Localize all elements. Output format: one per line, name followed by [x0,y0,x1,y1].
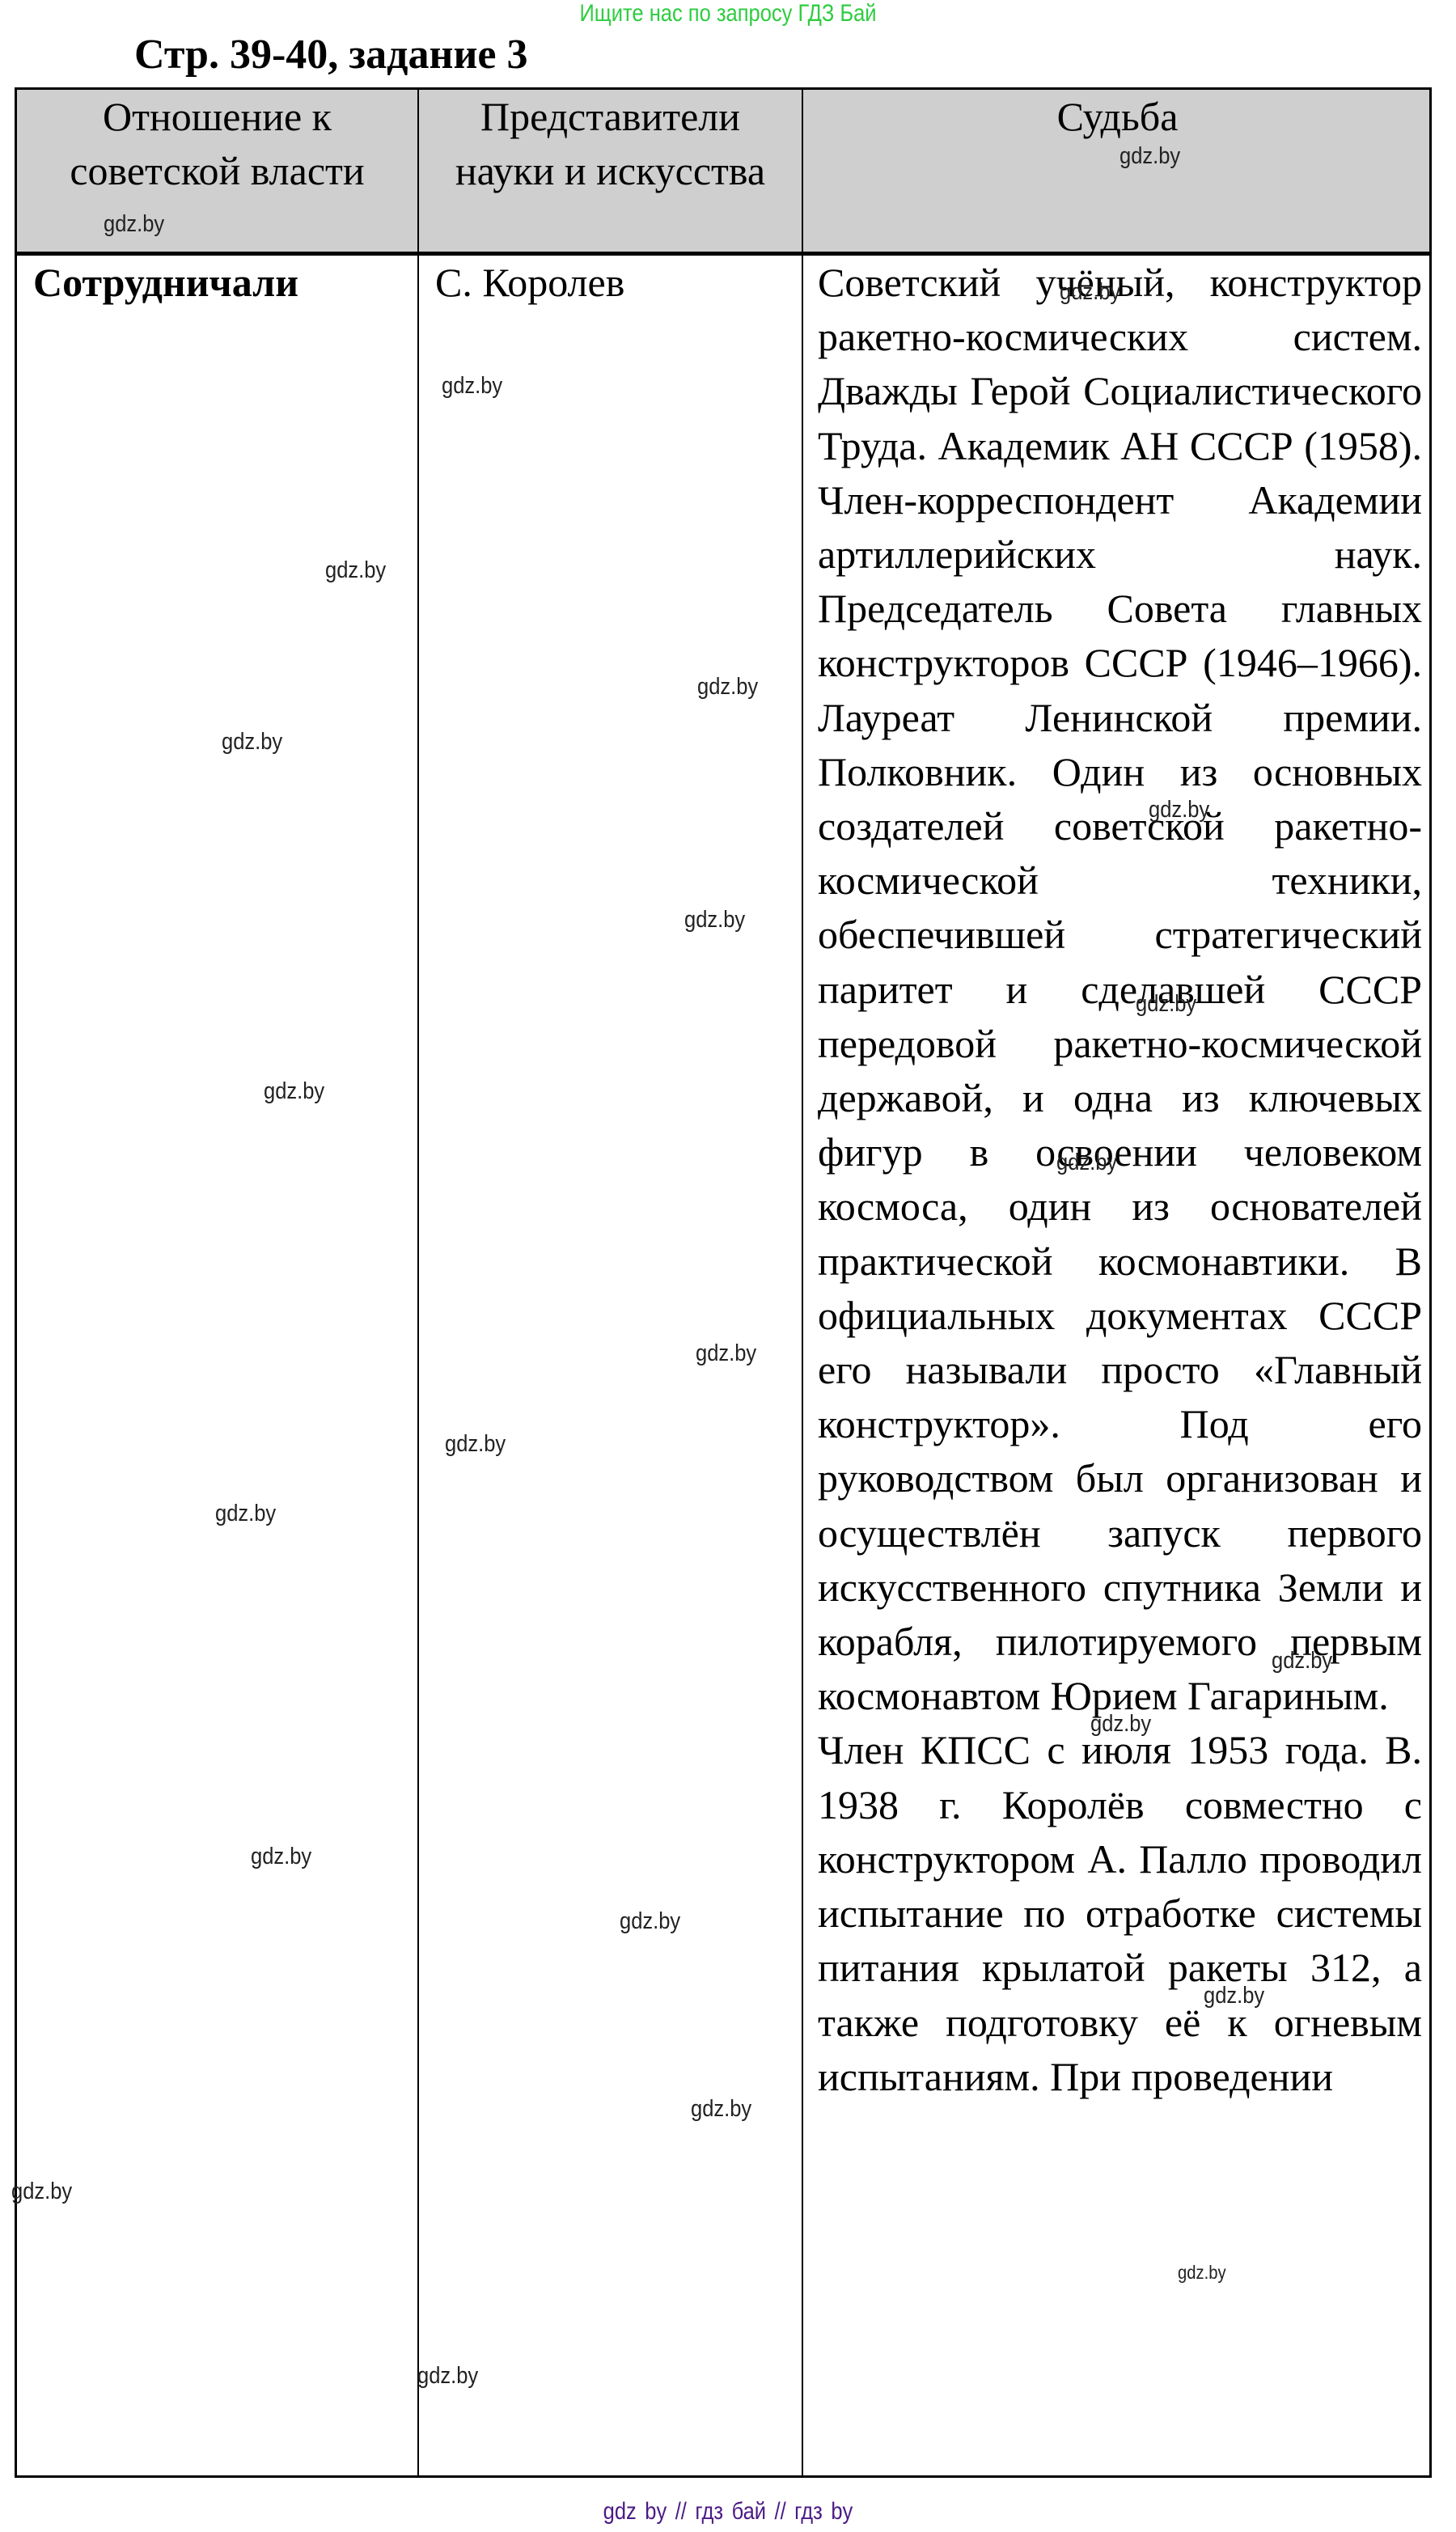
watermark: gdz.by [442,374,502,398]
header-representatives: Представители науки и искусства [419,90,802,252]
watermark: gdz.by [1060,280,1120,304]
watermark: gdz.by [264,1079,324,1103]
header-fate: Судьба [803,90,1432,252]
watermark: gdz.by [104,212,164,236]
watermark: gdz.by [1272,1649,1332,1673]
cell-relation: Сотрудничали [33,256,298,310]
fate-paragraph-1: Советский учёный, конструктор ракетно-ко… [818,256,1422,1723]
watermark: gdz.by [697,675,758,699]
watermark: gdz.by [1149,798,1209,822]
table-header-row: Отношение к советской власти Представите… [17,90,1429,256]
watermark: gdz.by [445,1432,506,1456]
search-banner: Ищите нас по запросу ГДЗ Бай [109,0,1347,28]
watermark: gdz.by [620,1909,680,1933]
column-divider-2 [802,90,803,2475]
watermark: gdz.by [417,2364,478,2388]
footer-links: gdz by // гдз бай // гдз by [109,2498,1347,2526]
header-representatives-text: Представители науки и искусства [449,90,772,198]
watermark: gdz.by [696,1341,756,1366]
cell-representative: С. Королев [435,256,624,310]
watermark: gdz.by [11,2179,72,2204]
watermark: gdz.by [215,1501,276,1526]
watermark: gdz.by [684,908,745,932]
watermark: gdz.by [222,730,282,754]
header-fate-text: Судьба [803,90,1432,144]
watermark: gdz.by [325,558,386,582]
watermark: gdz.by [1090,1712,1151,1736]
page-title: Стр. 39-40, задание 3 [134,31,527,79]
watermark: gdz.by [1204,1984,1264,2008]
fate-paragraph-2: Член КПСС с июля 1953 года. В. 1938 г. К… [818,1723,1422,2103]
column-divider-1 [417,90,419,2475]
watermark: gdz.by [1178,2260,1226,2284]
header-relation-text: Отношение к советской власти [48,90,387,198]
watermark: gdz.by [1120,144,1180,168]
watermark: gdz.by [1136,992,1196,1016]
watermark: gdz.by [691,2097,751,2121]
watermark: gdz.by [1056,1150,1117,1175]
watermark: gdz.by [251,1844,311,1869]
cell-fate: Советский учёный, конструктор ракетно-ко… [818,256,1422,2104]
header-relation: Отношение к советской власти [17,90,417,252]
